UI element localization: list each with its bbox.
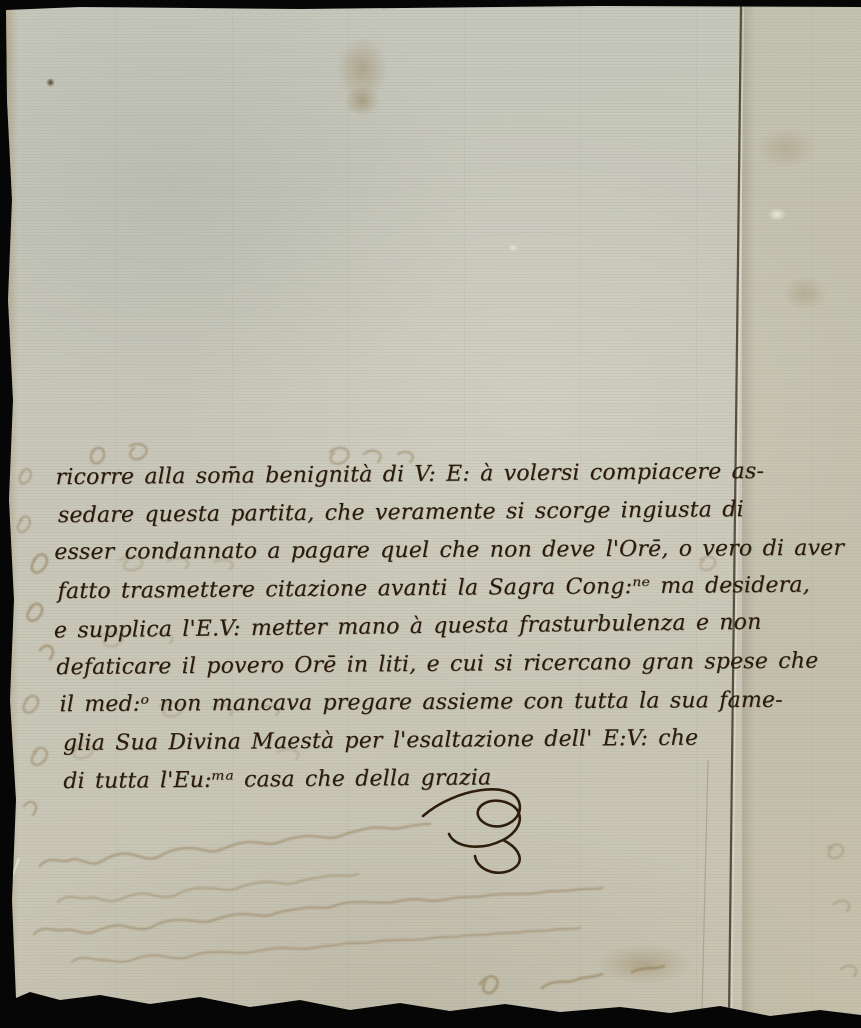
manuscript-scan: ricorre alla som̄a benignità di V: E: à … [0, 0, 861, 1028]
worn-left-edge [6, 8, 18, 998]
stain [336, 36, 388, 102]
manuscript-line: di tutta l'Eu:ᵐᵃ casa che della grazia [63, 763, 793, 807]
manuscript-line: sedare questa partita, che veramente si … [58, 497, 788, 541]
stain [344, 86, 380, 116]
paper-loss-spot [508, 244, 518, 252]
manuscript-paper: ricorre alla som̄a benignità di V: E: à … [0, 0, 861, 1028]
stain [596, 944, 692, 984]
letter-text-block: ricorre alla som̄a benignità di V: E: à … [56, 459, 789, 807]
manuscript-line: glia Sua Divina Maestà per l'esaltazione… [63, 725, 793, 769]
manuscript-line: esser condannato a pagare quel che non d… [54, 536, 784, 578]
manuscript-line: ricorre alla som̄a benignità di V: E: à … [56, 459, 786, 503]
manuscript-line: defaticare il povero Orē in liti, e cui … [56, 649, 786, 693]
manuscript-line: il med:ᵒ non mancava pregare assieme con… [60, 688, 790, 730]
ink-speck [46, 78, 55, 87]
